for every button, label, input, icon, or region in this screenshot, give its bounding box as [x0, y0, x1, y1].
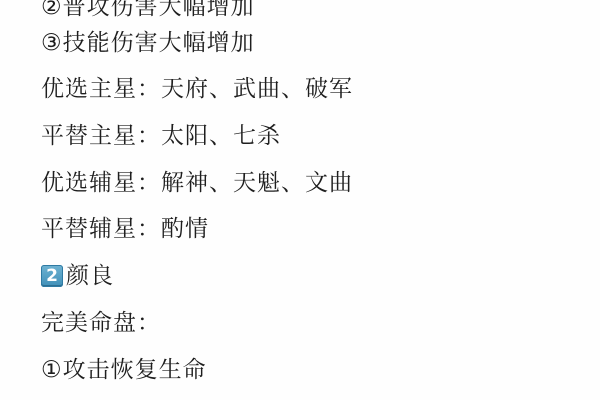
text-line-preferred-main-stars: 优选主星：天府、武曲、破军: [41, 74, 353, 104]
section-heading-yan-liang: 2 颜良: [41, 261, 114, 291]
text-line-perfect-chart: 完美命盘：: [41, 308, 161, 338]
text-line-attack-heal: ①攻击恢复生命: [41, 355, 207, 385]
text-line-preferred-aux-stars: 优选辅星：解神、天魁、文曲: [41, 168, 353, 198]
text-line-alternative-aux-stars: 平替辅星：酌情: [41, 214, 209, 244]
text-line-normal-attack-damage: ②普攻伤害大幅增加: [41, 0, 255, 22]
section-heading-text: 颜良: [66, 261, 114, 291]
text-line-alternative-main-stars: 平替主星：太阳、七杀: [41, 121, 281, 151]
text-line-skill-damage: ③技能伤害大幅增加: [41, 28, 255, 58]
document-page: ②普攻伤害大幅增加 ③技能伤害大幅增加 优选主星：天府、武曲、破军 平替主星：太…: [0, 0, 600, 400]
keycap-digit-two-icon: 2: [41, 265, 63, 287]
